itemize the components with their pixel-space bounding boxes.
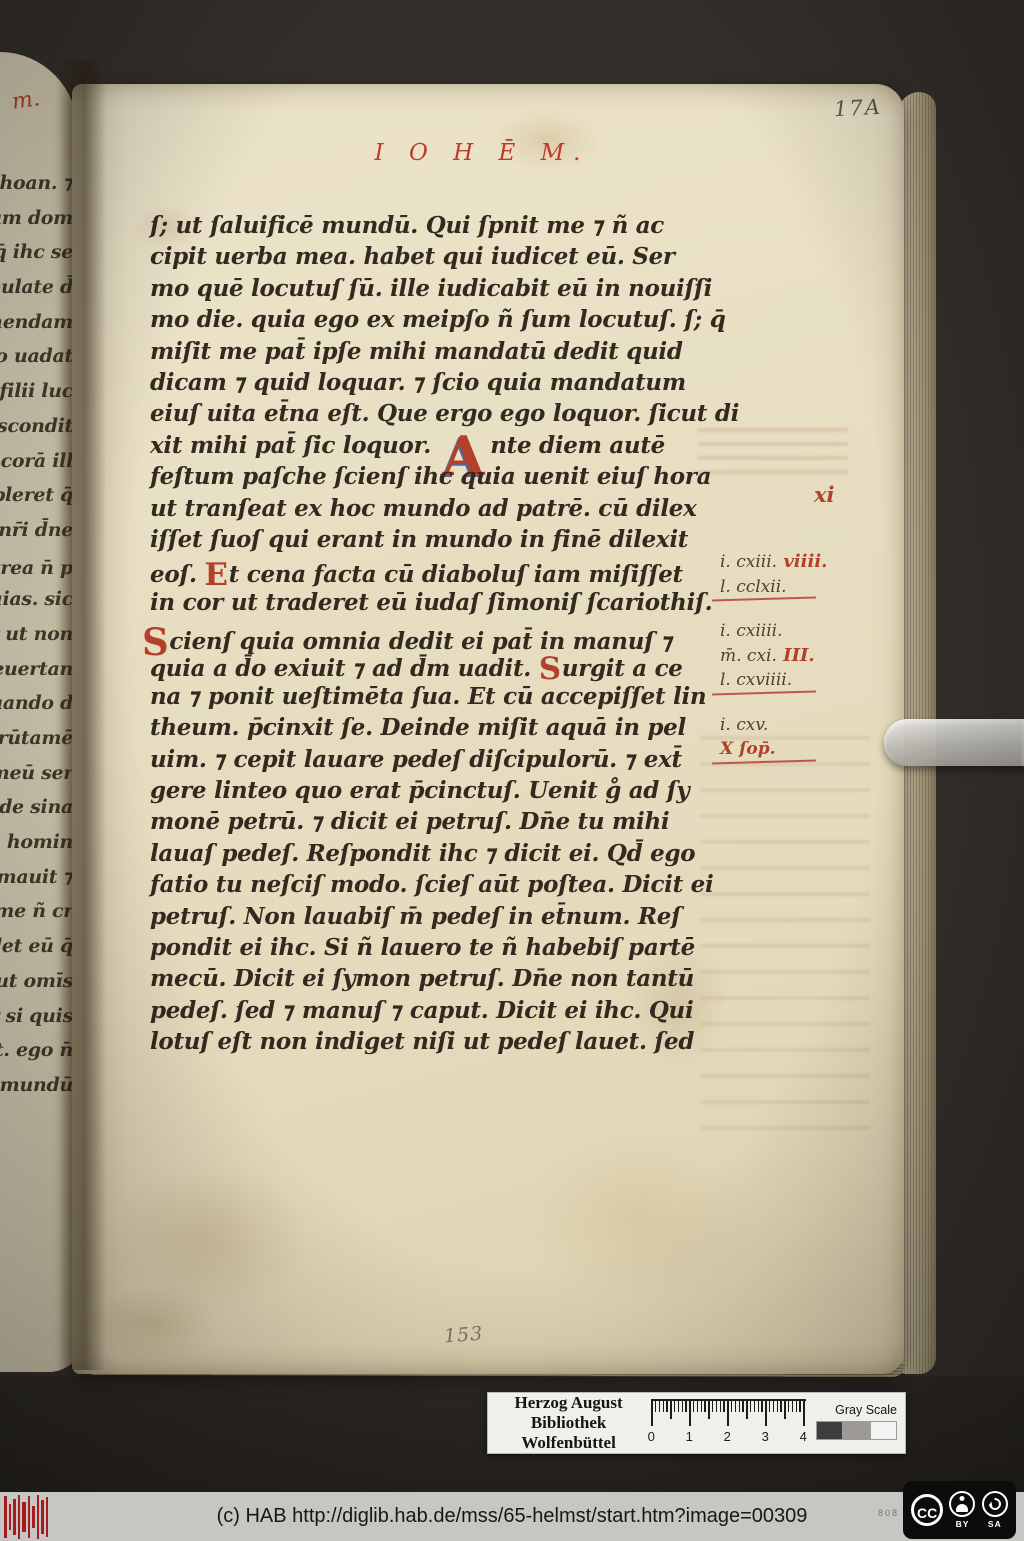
attribution-person-icon — [949, 1491, 975, 1517]
facing-page-text-line: ē inchoan. ⁊ — [0, 168, 76, 203]
facing-page-text-line: os comphendam — [0, 307, 76, 342]
library-name-line1: Herzog August Bibliothek — [515, 1393, 623, 1432]
ruler-number: 4 — [800, 1429, 807, 1444]
manuscript-text-line: cipit uerba mea. habet qui iudicet eū. S… — [150, 243, 736, 274]
ruler-number: 3 — [762, 1429, 769, 1444]
manuscript-text-line: gere linteo quo erat p̄cinctuſ. Uenit g̊… — [150, 777, 736, 808]
facing-page-text-line: cor̄ cor ut non — [0, 619, 76, 654]
ruler-ticks — [651, 1399, 806, 1427]
cc-by-item: BY — [949, 1491, 975, 1529]
ruler-number: 0 — [648, 1429, 655, 1444]
quire-mark: m. — [10, 86, 41, 115]
facing-page-text: ē inchoan. ⁊ari filium domDixit q̄ ihc s… — [0, 168, 76, 1105]
red-underline — [712, 597, 816, 602]
margin-note: m̄. cxi. III. — [720, 644, 880, 669]
facing-page-text-line: ē q̄ iam homin — [0, 827, 76, 862]
cc-license-badge: CC BY SA — [903, 1481, 1016, 1539]
facing-page-text-line: eo. uerūtamē — [0, 723, 76, 758]
facing-page-edge: m. ē inchoan. ⁊ari filium domDixit q̄ ih… — [0, 52, 78, 1372]
manuscript-text-line: uim. ⁊ cepit lauare pedeſ diſcipulorū. ⁊… — [150, 746, 736, 777]
facing-page-text-line: ur ut de sina — [0, 792, 76, 827]
facing-page-text-line: lucē ut filii luc — [0, 376, 76, 411]
manuscript-text-line: ut tranſeat ex hoc mundo ad patrē. cū di… — [150, 495, 736, 526]
parchment-stain — [522, 1134, 762, 1304]
margin-note: l. cclxii. — [720, 575, 880, 600]
gray-scale-label: Gray Scale — [816, 1403, 897, 1417]
manuscript-text-line: na ⁊ ponit ueſtimēta ſua. Et cū accepiſſ… — [150, 683, 736, 714]
manuscript-text-line: eoſ. Et cena facta cū diaboluſ iam miſiſ… — [150, 557, 736, 588]
library-name: Herzog August Bibliothek Wolfenbüttel — [496, 1393, 641, 1453]
scan-code: 808 — [878, 1508, 899, 1518]
facing-page-text-line: near. fr̄ si quis — [0, 1001, 76, 1036]
manuscript-text-line: theum. p̄cinxit ſe. Deinde miſit aquā in… — [150, 714, 736, 745]
page-holder-strip — [884, 719, 1024, 766]
pencil-page-number: 153 — [443, 1323, 484, 1348]
manuscript-text-line: Scienſ quia omnia dedit ei pat̄ in manuſ… — [150, 620, 736, 651]
cc-by-label: BY — [949, 1519, 975, 1529]
facing-page-text-line: Dixit q̄ ihc se — [0, 237, 76, 272]
facing-page-text-line: de ⁊ ⁊ euertan — [0, 654, 76, 689]
manuscript-text-line: dicam ⁊ quid loquar. ⁊ ſcio quia mandatu… — [150, 369, 736, 400]
digitized-manuscript-view: m. ē inchoan. ⁊ari filium domDixit q̄ ih… — [0, 0, 1024, 1541]
cm-ruler: 01234 — [651, 1399, 806, 1447]
facing-page-text-line: ait. ⁊ abscondit — [0, 411, 76, 446]
manuscript-text-line: fatio tu neſciſ modo. ſcieſ aūt poſtea. … — [150, 871, 736, 902]
facing-page-text-line: serui nr̄i d̄ne — [0, 515, 76, 550]
copyright-url-text: (c) HAB http://diglib.hab.de/mss/65-helm… — [0, 1492, 1024, 1541]
cc-sa-label: SA — [982, 1519, 1008, 1529]
facing-page-text-line: st clamauit ⁊ — [0, 862, 76, 897]
facing-page-text-line: dicē mundū — [0, 1070, 76, 1105]
margin-note: l. cxviiii. — [720, 668, 880, 693]
manuscript-text-line: iſſet ſuoſ qui erant in mundo in finē di… — [150, 526, 736, 557]
facing-page-text-line: derf̄ meū ser — [0, 758, 76, 793]
manuscript-text-line: feſtum paſche ſcienſ ihc quia uenit eiuſ… — [150, 463, 736, 494]
facing-page-text-line: ess; corā ill — [0, 446, 76, 481]
library-label-bar: Herzog August Bibliothek Wolfenbüttel 01… — [487, 1392, 906, 1454]
manuscript-text-line: xit mihi pat̄ ſic loquor. Ante diem autē — [150, 432, 736, 463]
parchment-stain — [106, 1164, 306, 1314]
facing-page-text-line: ari filium dom — [0, 203, 76, 238]
facing-page-text-line: odierit. ego n̄ — [0, 1035, 76, 1070]
registration-barcode — [4, 1494, 48, 1540]
library-name-line2: Wolfenbüttel — [521, 1433, 615, 1452]
facing-page-text-line: uem. ut omīs — [0, 966, 76, 1001]
gray-scale-patch — [816, 1421, 843, 1440]
facing-page-text-line: me uidet eū q̄ — [0, 931, 76, 966]
manuscript-text-line: mo quē locutuſ ſū. ille iudicabit eū in … — [150, 275, 736, 306]
manuscript-page: I O H Ē M. 17A xi ſ; ut ſaluificē mundū.… — [72, 84, 904, 1374]
manuscript-text-line: mo die. quia ego ex meipſo ñ ſum locutuſ… — [150, 306, 736, 337]
manuscript-text-line: miſit me pat̄ ipſe mihi mandatū dedit qu… — [150, 338, 736, 369]
facing-page-text-line: s. Ambulate d̄ — [0, 272, 76, 307]
facing-page-text-line: nescit quo uadat — [0, 341, 76, 376]
rubric-heading: I O H Ē M. — [342, 140, 622, 166]
margin-note: i. cxiiii. — [720, 619, 880, 644]
manuscript-text-line: ſ; ut ſaluificē mundū. Qui ſpnit me ⁊ ñ … — [150, 212, 736, 243]
manuscript-text-line: monē petrū. ⁊ dicit ei petruſ. Dn̄e tu m… — [150, 808, 736, 839]
cc-sa-item: SA — [982, 1491, 1008, 1529]
facing-page-text-line: dit in me ñ cr — [0, 896, 76, 931]
decorated-initial: E — [204, 557, 227, 593]
facing-page-text-line: ē impleret q̄ — [0, 480, 76, 515]
manuscript-text-line: in cor ut traderet eū iudaſ ſimoniſ ſcar… — [150, 589, 736, 620]
gray-scale-card: Gray Scale — [816, 1403, 897, 1444]
gray-scale-patch — [870, 1421, 897, 1440]
share-alike-arrow-icon — [982, 1491, 1008, 1517]
manuscript-text-line: mecū. Dicit ei ſymon petruſ. Dn̄e non ta… — [150, 965, 736, 996]
red-underline — [712, 690, 816, 695]
margin-note: i. cxiii. viiii. — [720, 550, 880, 575]
cc-logo-icon: CC — [911, 1494, 943, 1526]
footer-strip: (c) HAB http://diglib.hab.de/mss/65-helm… — [0, 1492, 1024, 1541]
chapter-mark: xi — [814, 482, 835, 507]
facing-page-text-line: rer ysaias. sic — [0, 584, 76, 619]
ruler-numbers: 01234 — [651, 1429, 806, 1447]
margin-note: i. cxv. — [720, 713, 880, 738]
manuscript-text-line: lotuſ eſt non indiget niſi ut pedeſ laue… — [150, 1028, 736, 1059]
parchment-stain — [88, 1284, 218, 1364]
manuscript-text-line: petruſ. Non lauabiſ m̄ pedeſ in et̄num. … — [150, 903, 736, 934]
gray-scale-patches — [816, 1421, 897, 1440]
ruler-number: 1 — [686, 1429, 693, 1444]
facing-page-text-line: P roptrea n̄ p — [0, 550, 76, 585]
manuscript-text-line: quia a d̄o exiuit ⁊ ad d̄m uadit. Surgit… — [150, 651, 736, 682]
red-underline — [712, 759, 816, 764]
facing-page-text-line: sa las quando d — [0, 688, 76, 723]
manuscript-text-line: pondit ei ihc. Si ñ lauero te ñ habebiſ … — [150, 934, 736, 965]
manuscript-text-line: pedeſ. ſed ⁊ manuſ ⁊ caput. Dicit ei ihc… — [150, 997, 736, 1028]
manuscript-text: ſ; ut ſaluificē mundū. Qui ſpnit me ⁊ ñ … — [150, 212, 736, 1060]
manuscript-text-line: lauaſ pedeſ. Reſpondit ihc ⁊ dicit ei. Q… — [150, 840, 736, 871]
ruler-number: 2 — [724, 1429, 731, 1444]
folio-number: 17A — [833, 95, 882, 121]
margin-note: X ſop̄. — [720, 737, 880, 762]
gray-scale-patch — [843, 1421, 870, 1440]
margin-notes: i. cxiii. viiii.l. cclxii.i. cxiiii.m̄. … — [720, 550, 880, 762]
